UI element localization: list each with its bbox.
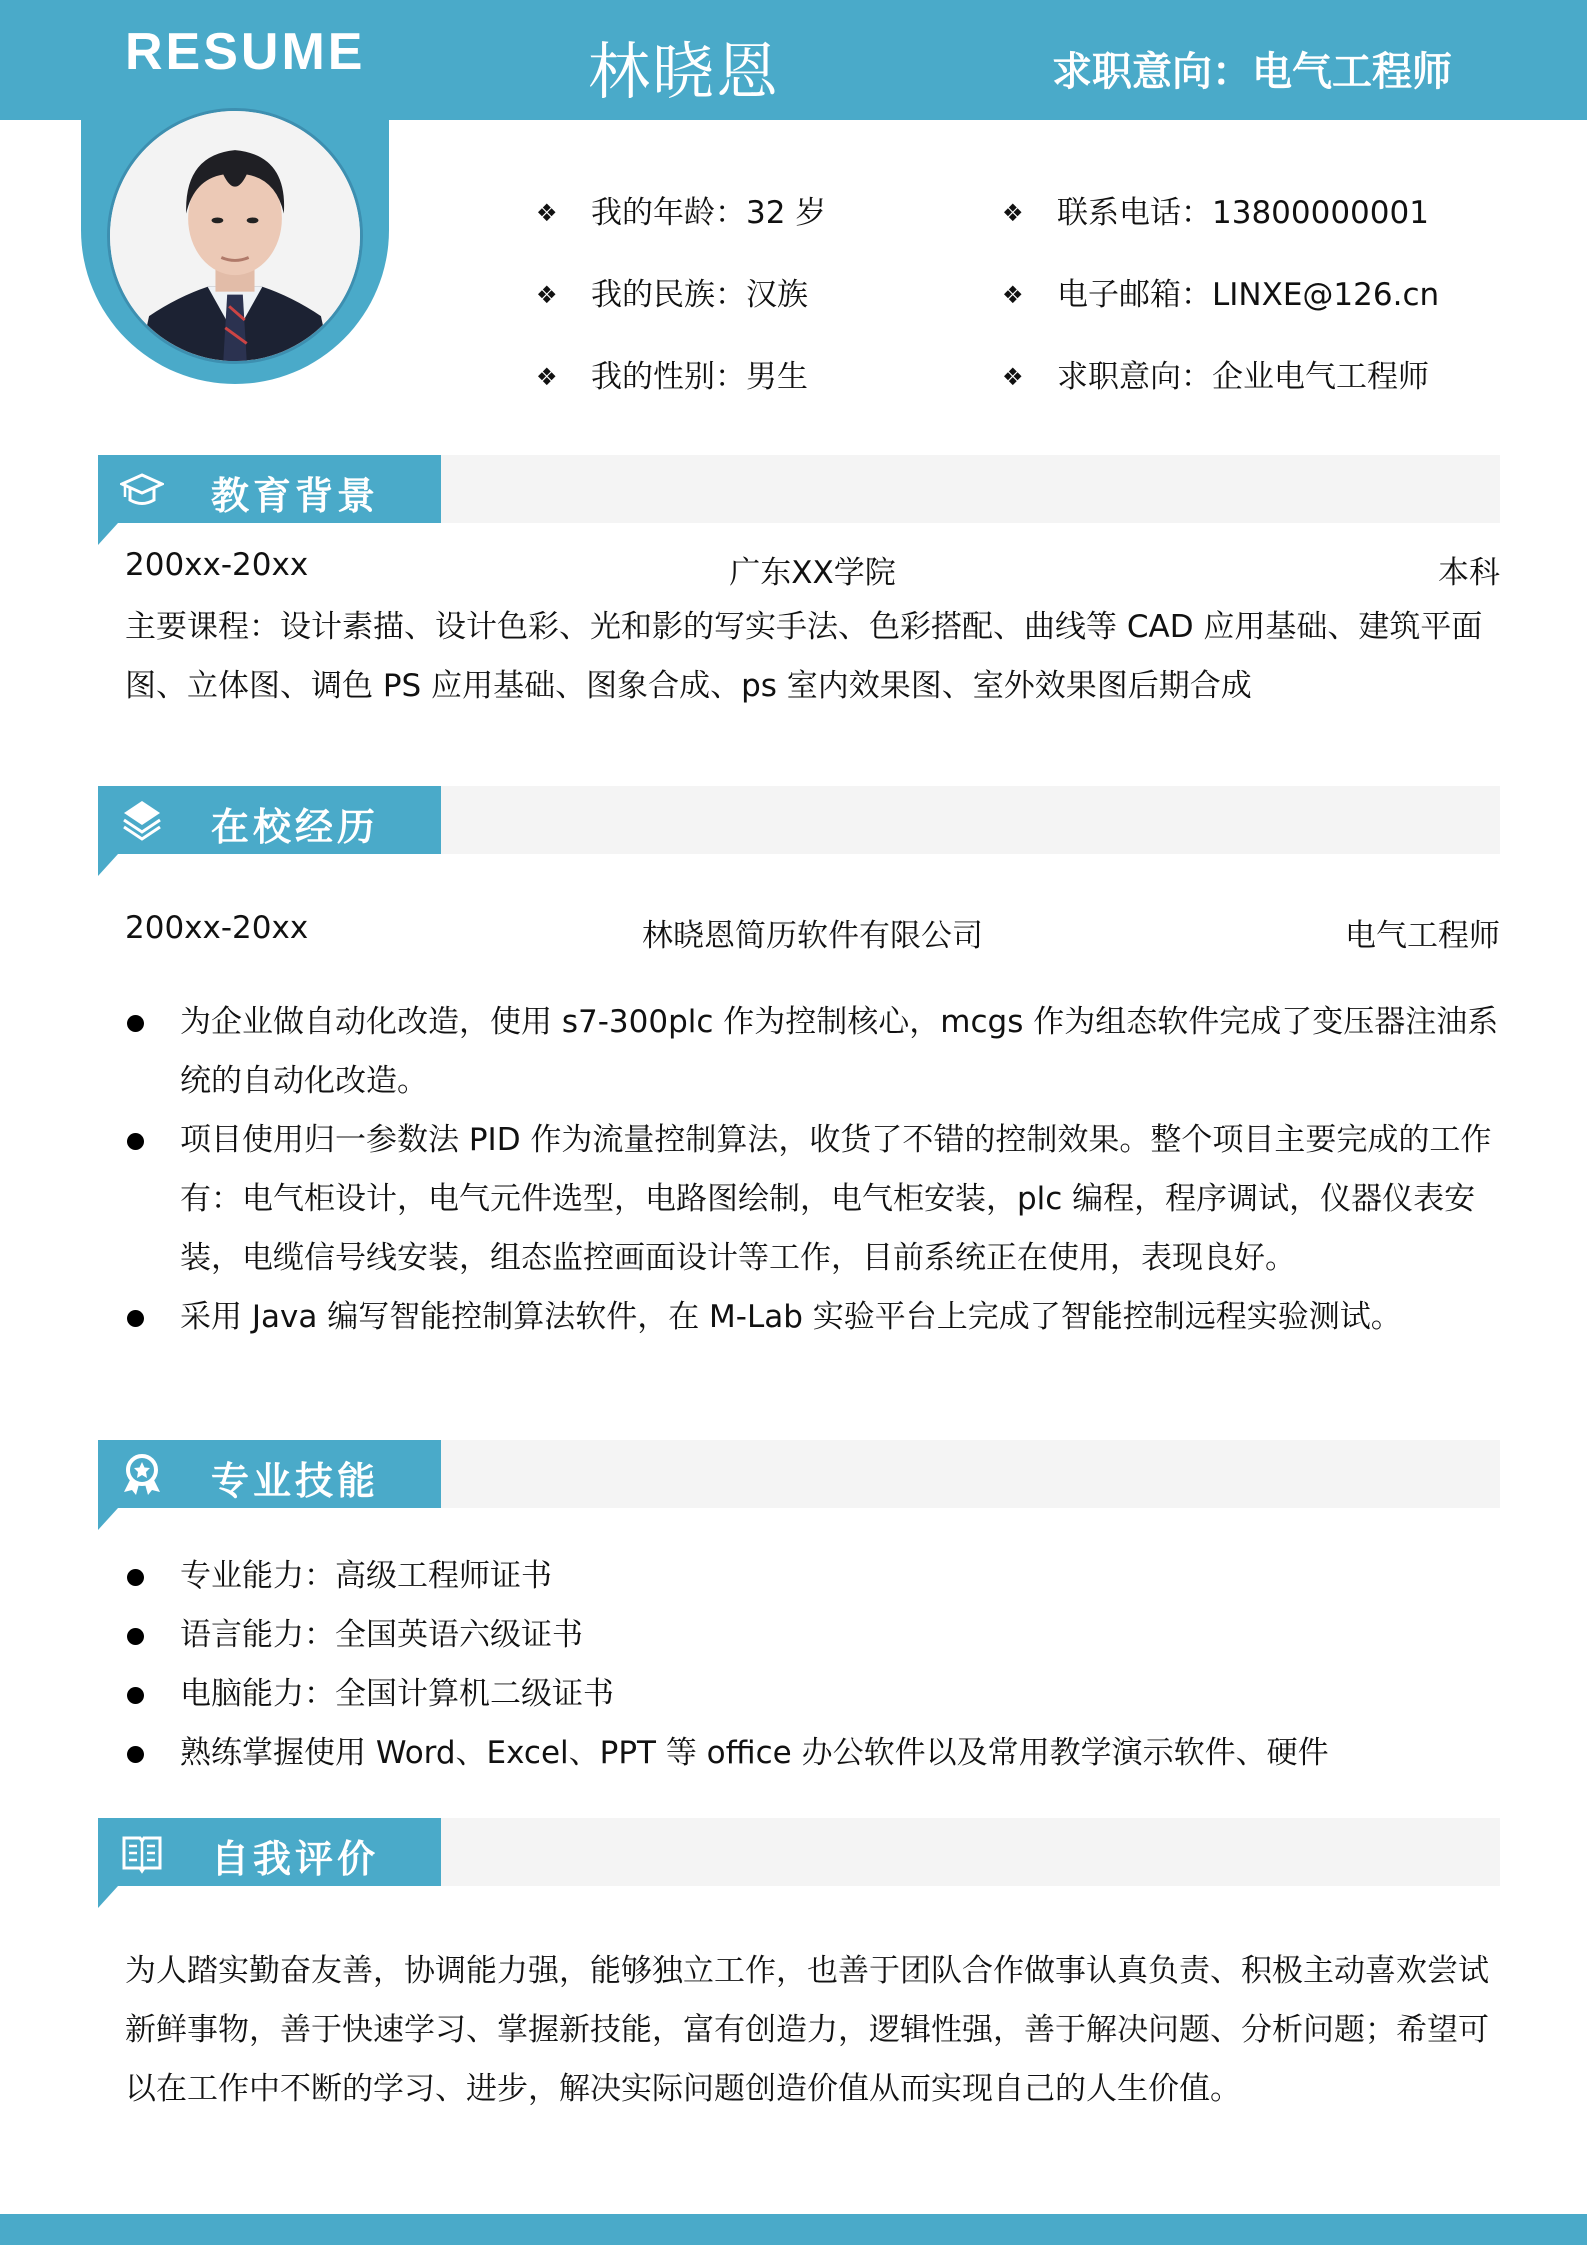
diamond-bullet-icon: ❖	[1002, 254, 1057, 336]
education-courses: 主要课程：设计素描、设计色彩、光和影的写实手法、色彩搭配、曲线等 CAD 应用基…	[125, 598, 1500, 716]
profile-photo	[107, 108, 363, 364]
list-item: 采用 Java 编写智能控制算法软件，在 M-Lab 实验平台上完成了智能控制远…	[125, 1288, 1500, 1347]
experience-period: 200xx-20xx	[125, 910, 308, 955]
section-experience-header: 在校经历	[98, 786, 1500, 854]
experience-row: 200xx-20xx 林晓恩简历软件有限公司 电气工程师	[125, 910, 1500, 955]
info-text: 联系电话：13800000001	[1057, 172, 1429, 254]
list-item: 项目使用归一参数法 PID 作为流量控制算法，收货了不错的控制效果。整个项目主要…	[125, 1111, 1500, 1288]
experience-role: 电气工程师	[1345, 910, 1500, 955]
education-period: 200xx-20xx	[125, 547, 308, 592]
section-header-fold	[98, 854, 118, 876]
info-gender: ❖我的性别：男生	[536, 336, 826, 418]
graduation-cap-icon	[120, 467, 164, 511]
info-text: 电子邮箱：LINXE@126.cn	[1057, 254, 1439, 336]
skills-list: 专业能力：高级工程师证书 语言能力：全国英语六级证书 电脑能力：全国计算机二级证…	[125, 1547, 1500, 1783]
education-row: 200xx-20xx 广东XX学院 本科	[125, 547, 1500, 592]
self-eval-text: 为人踏实勤奋友善，协调能力强，能够独立工作，也善于团队合作做事认真负责、积极主动…	[125, 1942, 1500, 2119]
section-title: 自我评价	[211, 1828, 379, 1883]
section-skills-header: 专业技能	[98, 1440, 1500, 1508]
portrait-icon	[110, 111, 360, 361]
list-item: 电脑能力：全国计算机二级证书	[125, 1665, 1500, 1724]
diamond-bullet-icon: ❖	[536, 254, 591, 336]
section-title: 在校经历	[211, 796, 379, 851]
info-age: ❖我的年龄：32 岁	[536, 172, 826, 254]
section-title: 教育背景	[211, 465, 379, 520]
section-header-fold	[98, 1886, 118, 1908]
experience-list: 为企业做自动化改造，使用 s7-300plc 作为控制核心，mcgs 作为组态软…	[125, 993, 1500, 1347]
job-intent-heading: 求职意向：电气工程师	[1052, 40, 1452, 97]
info-intent: ❖求职意向：企业电气工程师	[1002, 336, 1439, 418]
open-book-icon	[120, 1830, 164, 1874]
section-title: 专业技能	[211, 1450, 379, 1505]
education-school: 广东XX学院	[729, 547, 895, 592]
info-text: 我的年龄：32 岁	[591, 172, 826, 254]
info-text: 我的性别：男生	[591, 336, 808, 418]
candidate-name: 林晓恩	[588, 22, 780, 111]
profile-info-left: ❖我的年龄：32 岁 ❖我的民族：汉族 ❖我的性别：男生	[536, 172, 826, 418]
diamond-bullet-icon: ❖	[536, 336, 591, 418]
diamond-bullet-icon: ❖	[1002, 336, 1057, 418]
footer-bar	[0, 2214, 1587, 2245]
info-email: ❖电子邮箱：LINXE@126.cn	[1002, 254, 1439, 336]
list-item: 熟练掌握使用 Word、Excel、PPT 等 office 办公软件以及常用教…	[125, 1724, 1500, 1783]
section-education-header: 教育背景	[98, 455, 1500, 523]
section-header-fold	[98, 1508, 118, 1530]
resume-label: RESUME	[125, 22, 365, 82]
list-item: 语言能力：全国英语六级证书	[125, 1606, 1500, 1665]
section-header-fold	[98, 523, 118, 545]
info-phone: ❖联系电话：13800000001	[1002, 172, 1439, 254]
section-self-eval-header: 自我评价	[98, 1818, 1500, 1886]
info-text: 我的民族：汉族	[591, 254, 808, 336]
info-ethnicity: ❖我的民族：汉族	[536, 254, 826, 336]
diamond-bullet-icon: ❖	[536, 172, 591, 254]
list-item: 专业能力：高级工程师证书	[125, 1547, 1500, 1606]
award-badge-icon	[120, 1452, 164, 1496]
layers-icon	[120, 798, 164, 842]
info-text: 求职意向：企业电气工程师	[1057, 336, 1429, 418]
diamond-bullet-icon: ❖	[1002, 172, 1057, 254]
education-degree: 本科	[1438, 547, 1500, 592]
profile-info-right: ❖联系电话：13800000001 ❖电子邮箱：LINXE@126.cn ❖求职…	[1002, 172, 1439, 418]
list-item: 为企业做自动化改造，使用 s7-300plc 作为控制核心，mcgs 作为组态软…	[125, 993, 1500, 1111]
experience-company: 林晓恩简历软件有限公司	[642, 910, 983, 955]
